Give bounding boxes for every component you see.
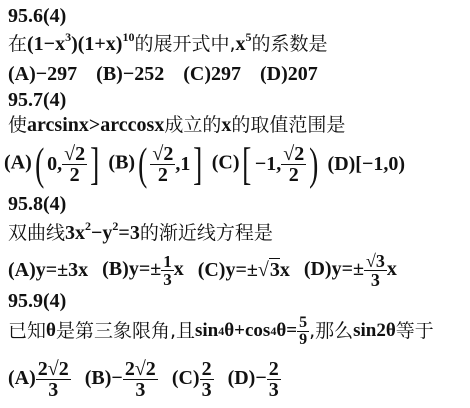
question-stem: 双曲线3x2−y2=3的渐近线方程是: [8, 222, 273, 244]
option-c[interactable]: (C)[−1,√22): [212, 141, 322, 187]
answer-options: (A)2√23 (B)−2√23 (C)23 (D)−23: [8, 355, 295, 403]
question-stem: 在(1−x3)(1+x)10的展开式中,x5的系数是: [8, 33, 328, 55]
option-a[interactable]: (A)y=±3x: [8, 259, 88, 281]
question-number: 95.8(4): [8, 193, 66, 215]
option-b[interactable]: (B)(√22,1]: [108, 141, 205, 187]
option-a[interactable]: (A)(0,√22]: [4, 141, 102, 187]
option-b[interactable]: (B)−2√23: [85, 359, 158, 400]
answer-options: (A)−297 (B)−252 (C)297 (D)207: [8, 62, 332, 85]
option-b[interactable]: (B)−252: [96, 63, 164, 85]
option-d[interactable]: (D)−23: [228, 359, 281, 400]
option-b[interactable]: (B)y=±13x: [102, 253, 184, 288]
option-c[interactable]: (C)y=±√3x: [198, 259, 290, 281]
question-number: 95.7(4): [8, 89, 66, 111]
option-a[interactable]: (A)−297: [8, 63, 77, 85]
option-c[interactable]: (C)23: [172, 359, 214, 400]
question-stem: 已知θ是第三象限角,且sin4θ+cos4θ=59,那么sin2θ等于: [8, 312, 434, 350]
question-number: 95.6(4): [8, 5, 66, 27]
option-d[interactable]: (D)207: [260, 63, 318, 85]
question-stem: 使arcsinx>arccosx成立的x的取值范围是: [8, 114, 345, 136]
option-d[interactable]: (D)[−1,0): [328, 153, 405, 175]
option-a[interactable]: (A)2√23: [8, 359, 71, 400]
answer-options: (A)y=±3x (B)y=±13x (C)y=±√3x (D)y=±√33x: [8, 247, 411, 293]
option-d[interactable]: (D)y=±√33x: [304, 252, 397, 289]
answer-options: (A)(0,√22] (B)(√22,1] (C)[−1,√22) (D)[−1…: [4, 138, 419, 190]
question-number: 95.9(4): [8, 290, 66, 312]
option-c[interactable]: (C)297: [183, 63, 241, 85]
